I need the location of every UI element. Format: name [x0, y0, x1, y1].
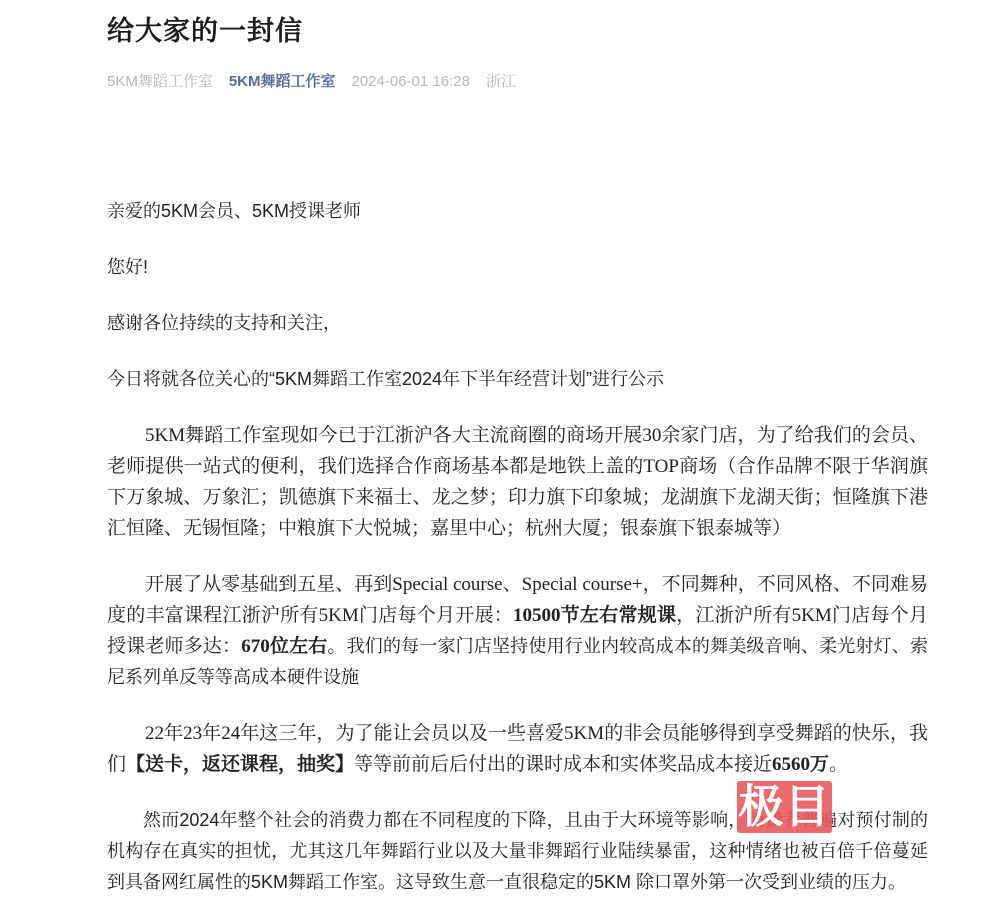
article-header: 给大家的一封信 5KM舞蹈工作室 5KM舞蹈工作室 2024-06-01 16:…	[107, 14, 928, 92]
text-run: 。	[327, 636, 346, 657]
text-run: 。	[829, 754, 848, 775]
text-run: 【送卡，返还课程，抽奖】	[126, 754, 354, 775]
byline: 5KM舞蹈工作室 5KM舞蹈工作室 2024-06-01 16:28 浙江	[107, 72, 928, 92]
text-run: 您好!	[107, 257, 148, 277]
text-run: 今日将就各位关心的“5KM舞蹈工作室2024年下半年经营计划”进行公示	[107, 369, 664, 389]
text-run: 5KM舞蹈工作室现如今已于江浙沪各大主流商圈的商场开展30余家门店，为了给我们的…	[107, 425, 928, 539]
account-link[interactable]: 5KM舞蹈工作室	[229, 72, 336, 92]
page-title: 给大家的一封信	[107, 14, 928, 48]
text-run: 6560万	[772, 754, 829, 775]
body-paragraph: 然而2024年整个社会的消费力都在不同程度的下降，且由于大环境等影响，消费者普遍…	[107, 805, 928, 898]
text-run: 等等前前后后付出的课时成本和实体奖品成本接近	[354, 754, 772, 775]
text-run: 亲爱的5KM会员、5KM授课老师	[107, 201, 361, 221]
author-name: 5KM舞蹈工作室	[107, 72, 213, 92]
body-paragraph: 5KM舞蹈工作室现如今已于江浙沪各大主流商圈的商场开展30余家门店，为了给我们的…	[107, 420, 928, 544]
body-paragraph: 亲爱的5KM会员、5KM授课老师	[107, 196, 928, 227]
text-run: 感谢各位持续的支持和关注，	[107, 313, 341, 333]
article-body: 亲爱的5KM会员、5KM授课老师您好!感谢各位持续的支持和关注，今日将就各位关心…	[107, 196, 928, 898]
text-run: 10500节左右常规课	[513, 605, 676, 626]
body-paragraph: 22年23年24年这三年，为了能让会员以及一些喜爱5KM的非会员能够得到享受舞蹈…	[107, 718, 928, 780]
body-paragraph: 感谢各位持续的支持和关注，	[107, 308, 928, 339]
page: { "article": { "title": "给大家的一封信", "byli…	[0, 0, 1000, 900]
publish-location: 浙江	[486, 72, 516, 92]
body-paragraph: 开展了从零基础到五星、再到Special course、Special cour…	[107, 569, 928, 693]
body-paragraph: 您好!	[107, 252, 928, 283]
body-paragraph: 今日将就各位关心的“5KM舞蹈工作室2024年下半年经营计划”进行公示	[107, 364, 928, 395]
text-run: 然而2024年整个社会的消费力都在不同程度的下降，且由于大环境等影响，消费者普遍…	[107, 810, 928, 892]
article: 给大家的一封信 5KM舞蹈工作室 5KM舞蹈工作室 2024-06-01 16:…	[0, 0, 1000, 898]
publish-time: 2024-06-01 16:28	[352, 72, 470, 92]
text-run: 670位左右	[241, 636, 327, 657]
